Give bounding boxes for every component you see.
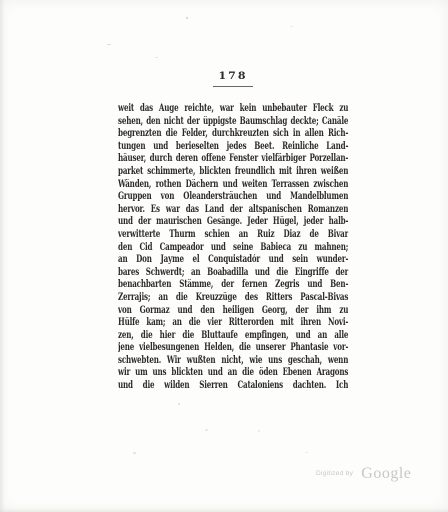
- text-line: bares Schwerdt; an Boabadilla und die Ei…: [118, 267, 348, 280]
- text-line: sehen, den nicht der üppigste Baumschlag…: [118, 116, 348, 129]
- text-line: benachbarten Stämme, der fernen Zegris u…: [118, 279, 348, 292]
- scan-speck: [155, 57, 158, 58]
- text-line: von Gormaz und den heiligen Georg, der i…: [118, 305, 348, 318]
- header-rule: [213, 86, 253, 87]
- scan-speck: [305, 452, 308, 453]
- scan-speck: [133, 452, 136, 454]
- text-line: verwitterte Thurm schien an Ruiz Diaz de…: [118, 229, 348, 242]
- page-number: 178: [219, 69, 248, 81]
- text-line: jene vielbesungenen Helden, die unserer …: [118, 342, 348, 355]
- page-edge-shadow-bottom: [0, 508, 448, 512]
- page-edge-shadow-left: [0, 0, 5, 512]
- scanned-book-page: 178 weit das Auge reichte, war kein unbe…: [0, 0, 448, 512]
- text-line: Zerrajis; an die Kreuzzüge des Ritters P…: [118, 292, 348, 305]
- scan-speck: [186, 17, 188, 19]
- text-line: häuser, durch deren offene Fenster vielf…: [118, 153, 348, 166]
- text-line: zen, die hier die Bluttaufe empfingen, u…: [118, 330, 348, 343]
- text-line: tungen und berieselten jedes Beet. Reinl…: [118, 141, 348, 154]
- scan-speck: [290, 26, 293, 27]
- scan-speck: [205, 429, 208, 431]
- text-line: Gruppen von Oleandersträuchen und Mandel…: [118, 191, 348, 204]
- scan-speck: [258, 430, 260, 432]
- text-line: parket schimmerte, blickten freundlich m…: [118, 166, 348, 179]
- text-line: wir um uns blickten und an die öden Eben…: [118, 367, 348, 380]
- scan-speck: [107, 44, 111, 45]
- text-line: an Don Jayme el Conquistadór und sein wu…: [118, 254, 348, 267]
- text-line: schwebten. Wir wußten nicht, wie uns ges…: [118, 355, 348, 368]
- text-line: weit das Auge reichte, war kein unbebaut…: [118, 103, 348, 116]
- text-line: begrenzten die Felder, durchkreuzten sic…: [118, 128, 348, 141]
- page-header: 178: [118, 64, 348, 83]
- text-line: Wänden, rothen Dächern und weiten Terras…: [118, 179, 348, 192]
- body-text-block: weit das Auge reichte, war kein unbebaut…: [118, 103, 348, 393]
- text-line: und der maurischen Gesänge. Jeder Hügel,…: [118, 216, 348, 229]
- watermark-digitized-by-label: Digitized by: [316, 470, 353, 477]
- text-line: und die wilden Sierren Cataloniens dacht…: [118, 380, 348, 393]
- text-line: Hülfe kam; an die vier Ritterorden mit i…: [118, 317, 348, 330]
- text-line: den Cid Campeador und seine Babieca zu m…: [118, 242, 348, 255]
- google-logo: Google: [361, 465, 411, 482]
- text-line: hervor. Es war das Land der altspanische…: [118, 204, 348, 217]
- watermark: Digitized by Google: [316, 463, 426, 483]
- scan-speck: [178, 403, 180, 405]
